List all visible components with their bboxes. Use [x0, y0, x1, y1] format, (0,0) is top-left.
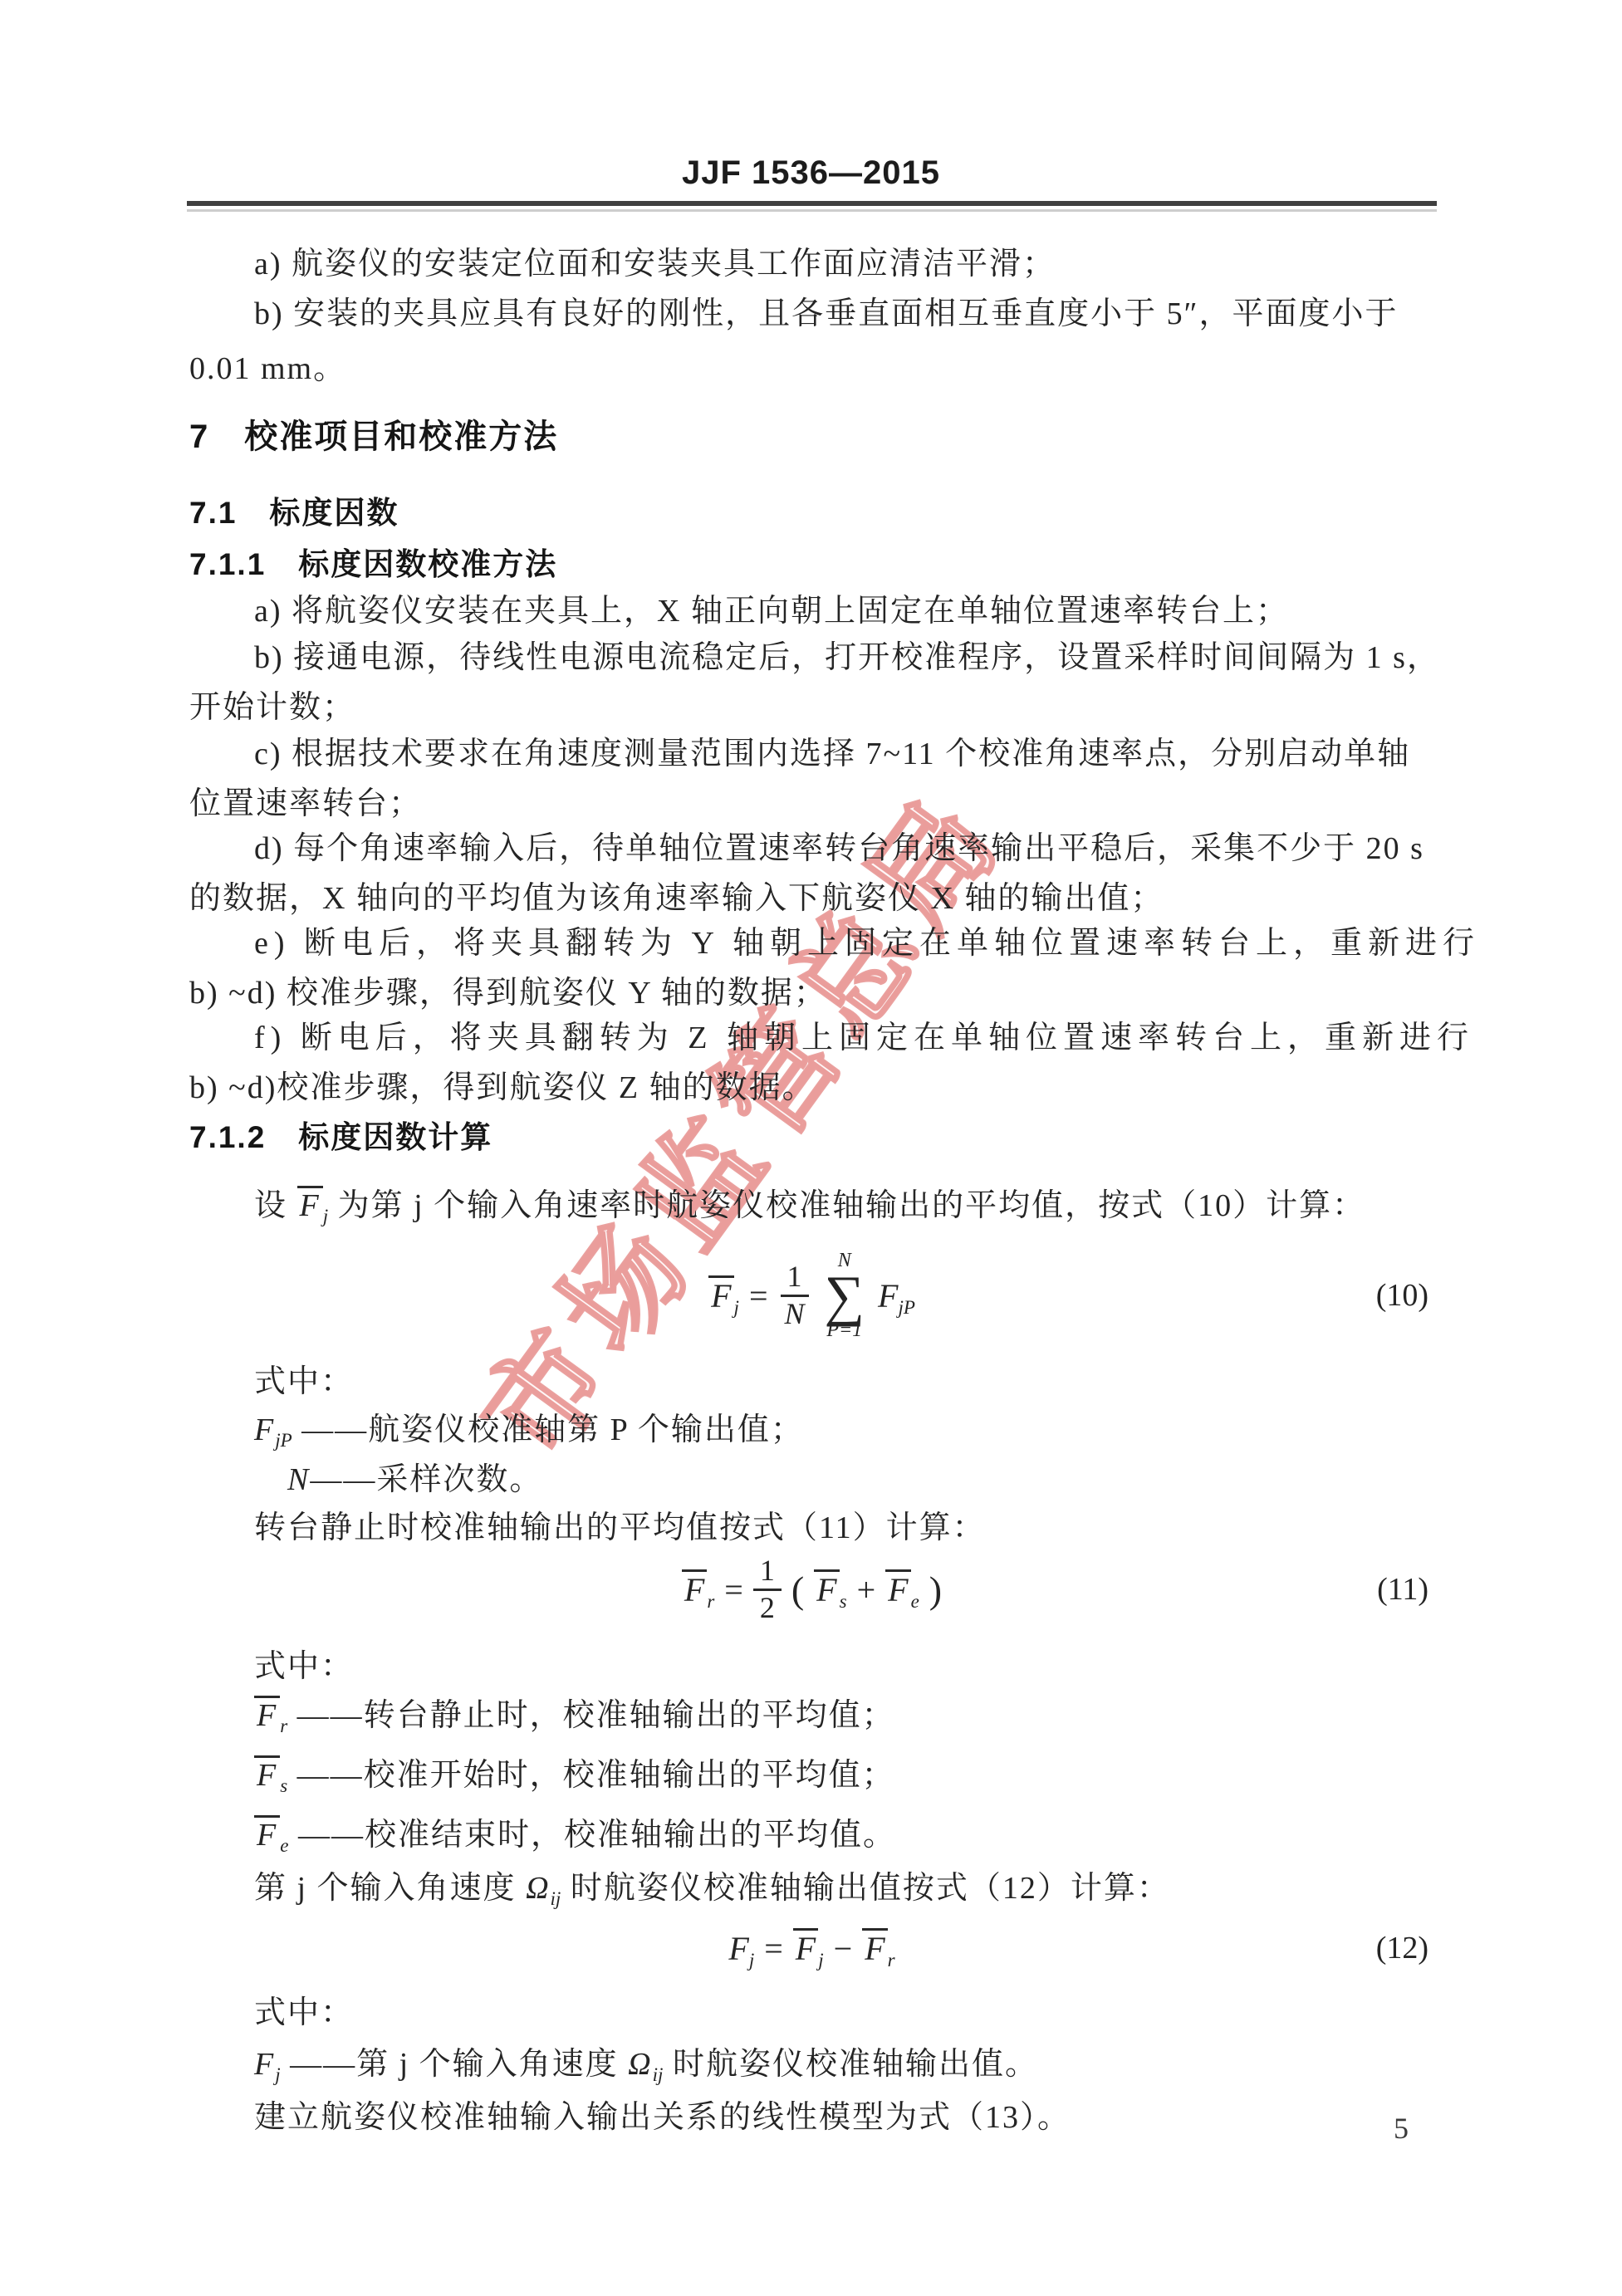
section-7-1-1-heading: 7.1.1 标度因数校准方法 — [189, 546, 557, 583]
step-d: d) 每个角速率输入后，待单轴位置速率转台角速率输出平稳后，采集不少于 20 s — [254, 830, 1424, 869]
equation-12-tag: (12) — [1376, 1930, 1428, 1966]
header-rule-light — [187, 209, 1437, 212]
definition-fjp: FjP ——航姿仪校准轴第 P 个输出值； — [254, 1412, 804, 1450]
step-a: a) 将航姿仪安装在夹具上，X 轴正向朝上固定在单轴位置速率转台上； — [254, 593, 1289, 631]
step-f-cont: b) ~d)校准步骤，得到航姿仪 Z 轴的数据。 — [189, 1070, 816, 1108]
equation-10-body: Fj = 1N N∑P=1 FjP — [708, 1251, 915, 1341]
definition-fs: Fs ——校准开始时，校准轴输出的平均值； — [254, 1755, 895, 1795]
section-7-heading: 7 校准项目和校准方法 — [189, 417, 558, 457]
omega-line: 第 j 个输入角速度 Ωij 时航姿仪校准轴输出值按式（12）计算： — [254, 1870, 1170, 1908]
definition-n: N——采样次数。 — [287, 1461, 542, 1500]
para-b: b) 安装的夹具应具有良好的刚性，且各垂直面相互垂直度小于 5″，平面度小于 — [254, 296, 1399, 334]
definition-fj: Fj ——第 j 个输入角速度 Ωij 时航姿仪校准轴输出值。 — [254, 2046, 1038, 2084]
step-e-cont: b) ~d) 校准步骤，得到航姿仪 Y 轴的数据； — [189, 975, 827, 1013]
section-7-1-heading: 7.1 标度因数 — [189, 495, 399, 531]
para-b-cont: 0.01 mm。 — [189, 350, 346, 389]
page-number: 5 — [1394, 2111, 1409, 2146]
definition-fr: Fr ——转台静止时，校准轴输出的平均值； — [254, 1696, 895, 1735]
equation-10-tag: (10) — [1376, 1277, 1428, 1314]
intro10-pre: 设 — [254, 1188, 297, 1223]
summation-symbol: N∑P=1 — [825, 1251, 865, 1341]
equation-11: Fr = 12 ( Fs + Fe ) (11) — [187, 1546, 1437, 1633]
step-b: b) 接通电源，待线性电源电流稳定后，打开校准程序，设置采样时间间隔为 1 s， — [254, 639, 1440, 678]
step-f: f) 断电后，将夹具翻转为 Z 轴朝上固定在单轴位置速率转台上，重新进行 — [254, 1020, 1474, 1058]
equation-12: Fj = Fj − Fr (12) — [187, 1917, 1437, 1980]
shizhong-1: 式中： — [254, 1363, 354, 1402]
step-c: c) 根据技术要求在角速度测量范围内选择 7~11 个校准角速率点，分别启动单轴 — [254, 736, 1410, 774]
step-b-cont: 开始计数； — [189, 689, 355, 727]
model-line: 建立航姿仪校准轴输入输出关系的线性模型为式（13）。 — [254, 2099, 1071, 2137]
equation-11-tag: (11) — [1377, 1571, 1428, 1608]
equation-11-body: Fr = 12 ( Fs + Fe ) — [682, 1554, 942, 1625]
equation-12-body: Fj = Fj − Fr — [728, 1928, 894, 1968]
fbar-symbol: F — [297, 1186, 323, 1221]
step-d-cont: 的数据，X 轴向的平均值为该角速率输入下航姿仪 X 轴的输出值； — [189, 880, 1164, 918]
equation-10: Fj = 1N N∑P=1 FjP (10) — [187, 1239, 1437, 1352]
definition-fe: Fe ——校准结束时，校准轴输出的平均值。 — [254, 1815, 896, 1855]
intro-formula-10: 设 Fj 为第 j 个输入角速率时航姿仪校准轴输出的平均值，按式（10）计算： — [254, 1186, 1365, 1226]
shizhong-2: 式中： — [254, 1648, 354, 1687]
para-a: a) 航姿仪的安装定位面和安装夹具工作面应清洁平滑； — [254, 246, 1056, 284]
turntable-line: 转台静止时校准轴输出的平均值按式（11）计算： — [254, 1510, 986, 1548]
intro10-post: 为第 j 个输入角速率时航姿仪校准轴输出的平均值，按式（10）计算： — [328, 1188, 1365, 1223]
step-e: e) 断电后，将夹具翻转为 Y 轴朝上固定在单轴位置速率转台上，重新进行 — [254, 925, 1480, 963]
section-7-1-2-heading: 7.1.2 标度因数计算 — [189, 1119, 492, 1156]
document-page: JJF 1536—2015 市场监管总局 a) 航姿仪的安装定位面和安装夹具工作… — [0, 0, 1622, 2296]
doc-number-header: JJF 1536—2015 — [0, 154, 1622, 192]
header-rule-dark — [187, 201, 1437, 206]
shizhong-3: 式中： — [254, 1995, 354, 2033]
step-c-cont: 位置速率转台； — [189, 786, 422, 824]
